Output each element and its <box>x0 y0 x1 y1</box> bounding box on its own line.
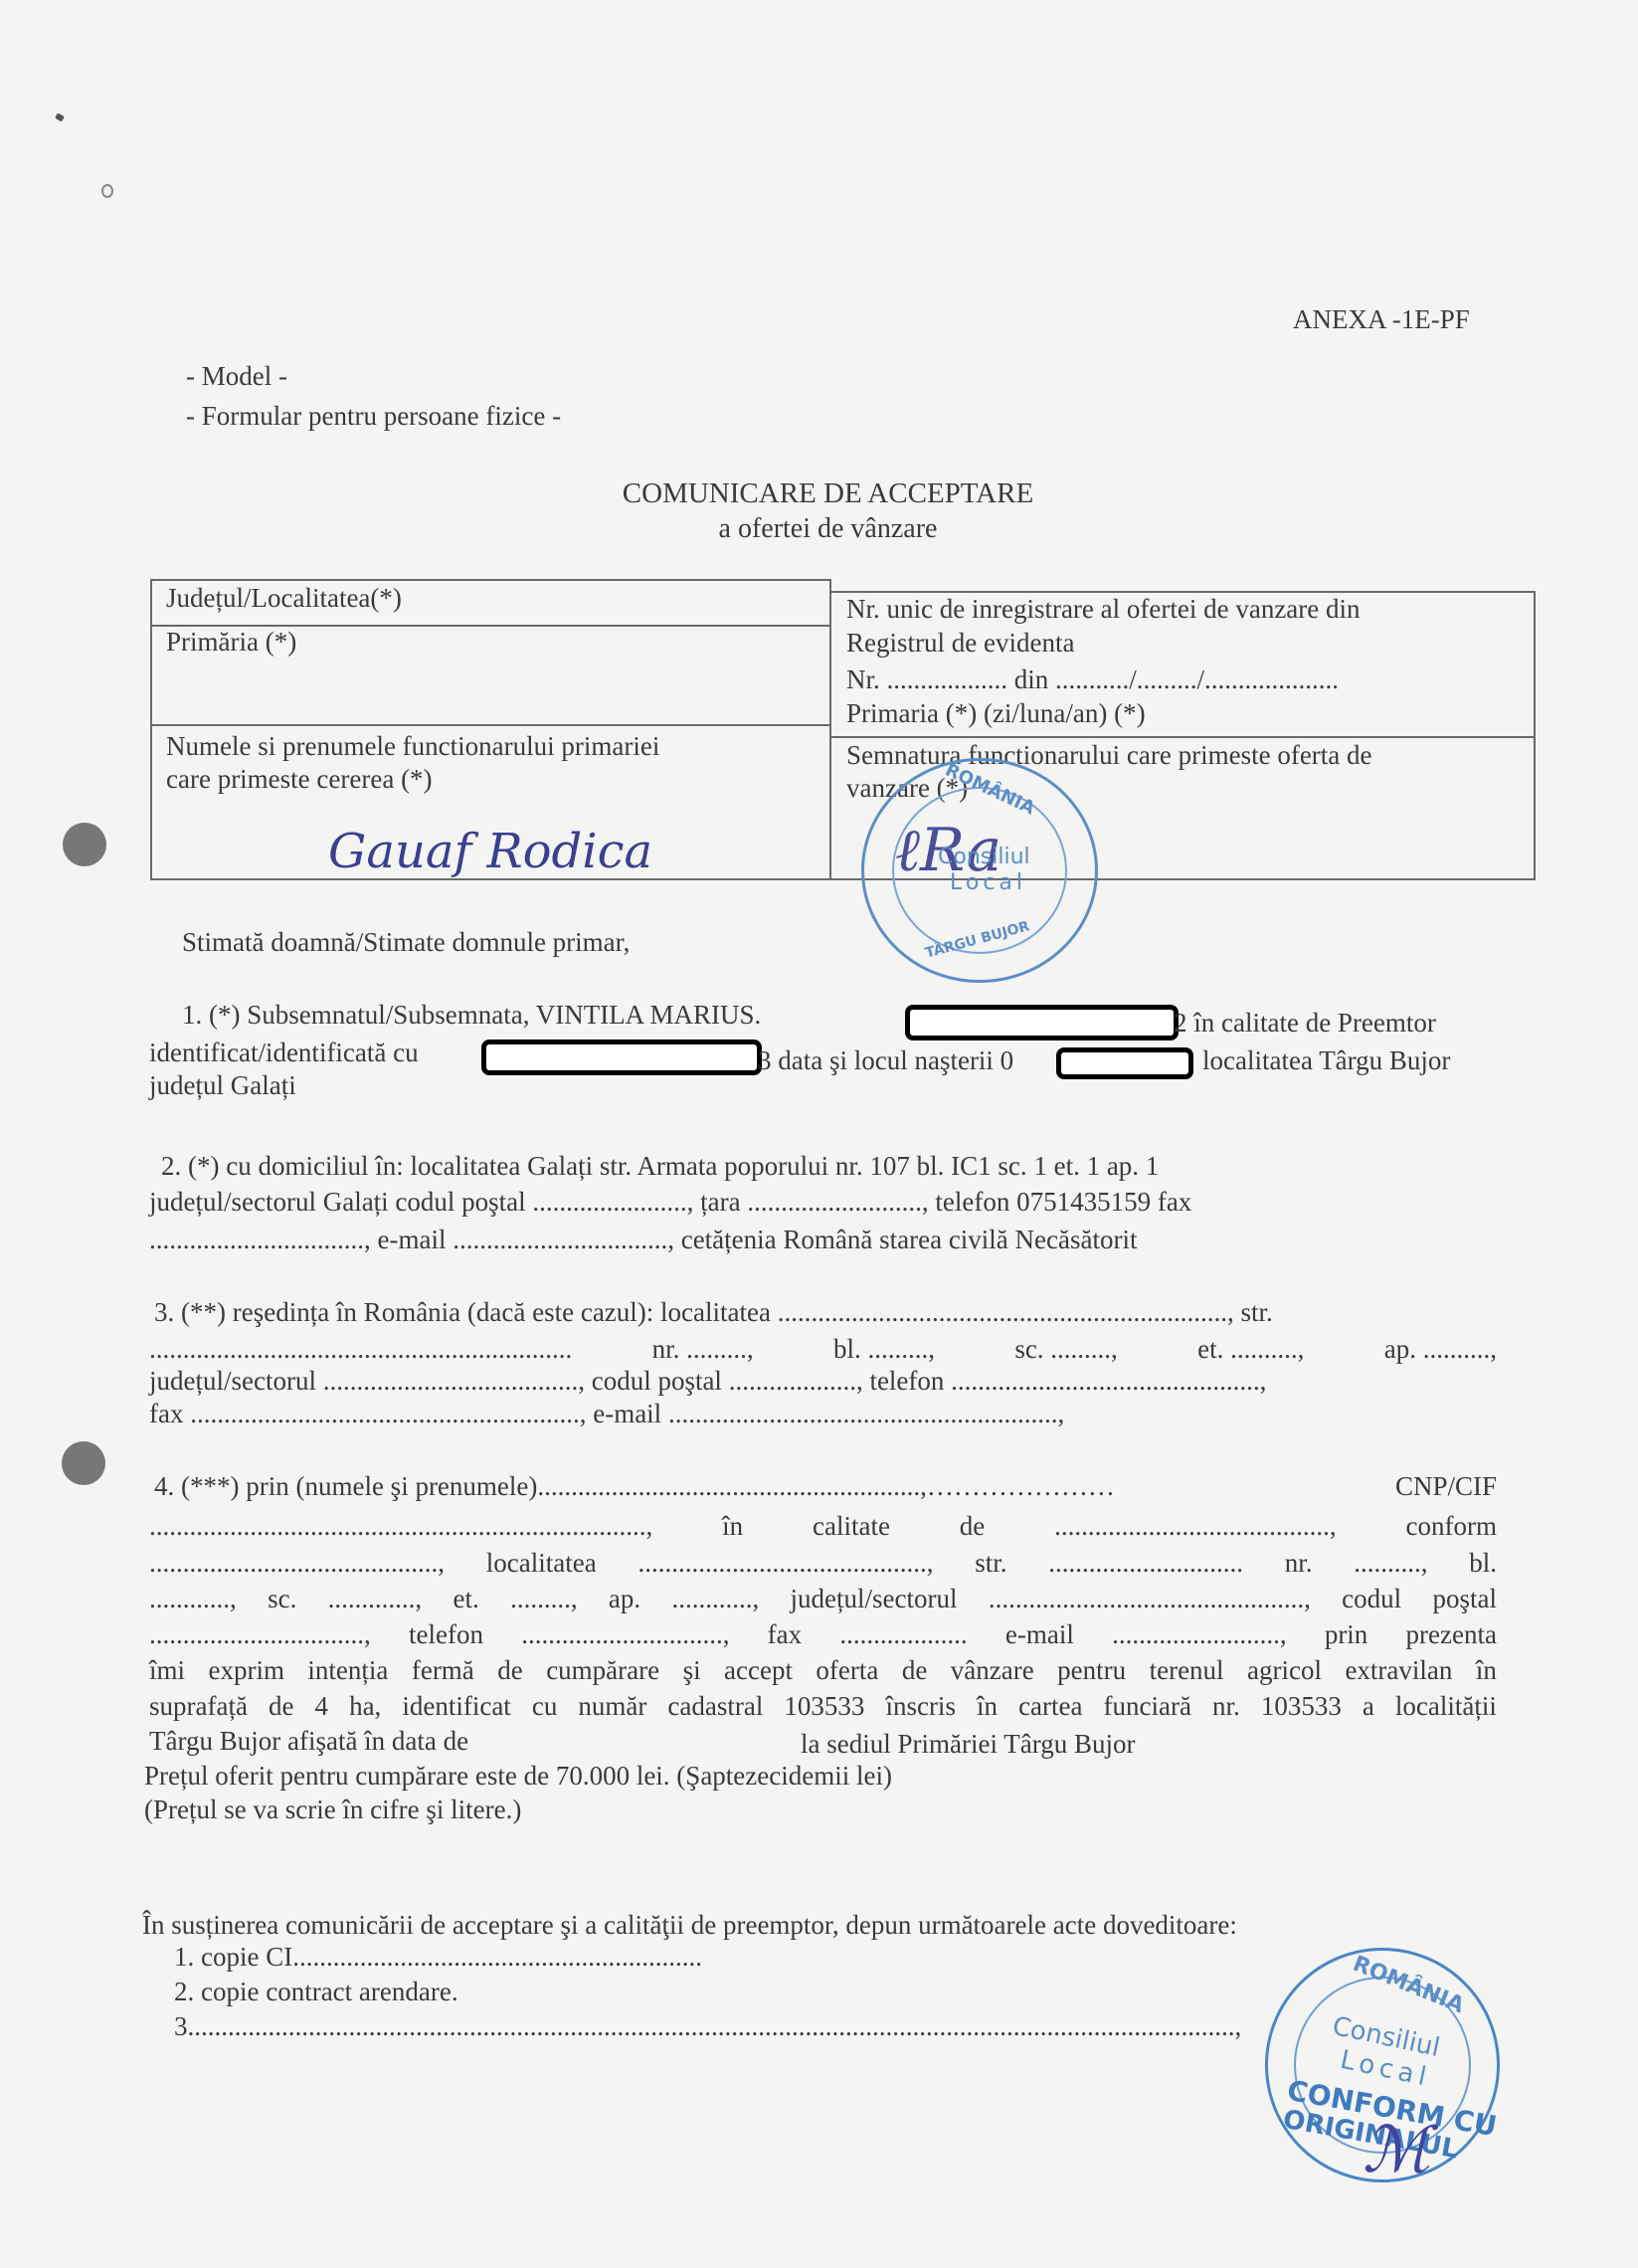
primaria-label: Primăria (*) <box>166 626 296 659</box>
greeting: Stimată doamnă/Stimate domnule primar, <box>182 925 630 959</box>
document-subtitle: a ofertei de vânzare <box>0 512 1638 546</box>
documents-intro: În susținerea comunicării de acceptare ş… <box>142 1908 1237 1942</box>
official-name-label-2: care primeste cererea (*) <box>166 763 433 796</box>
document-item-3: 3.......................................… <box>174 2009 1241 2043</box>
certification-signature: ℳ <box>1363 2114 1430 2187</box>
redacted-cnp <box>905 1005 1179 1040</box>
s1-line2-a: identificat/identificată cu <box>149 1036 419 1069</box>
s1-line2-b: 3 data şi locul naşterii 0 <box>758 1043 1013 1077</box>
redacted-id-document <box>481 1039 762 1075</box>
scan-speck <box>101 184 113 198</box>
document-item-1: 1. copie CI.............................… <box>174 1940 702 1974</box>
s1-line1-a: 1. (*) Subsemnatul/Subsemnata, VINTILA M… <box>182 998 761 1032</box>
s4-line4: ............,sc..............,et........… <box>149 1582 1497 1615</box>
s4-line7: suprafațăde4ha,identificatcunumărcadastr… <box>149 1689 1497 1723</box>
s4-line1: 4. (***) prin (numele şi prenumele).....… <box>154 1469 1497 1503</box>
price-note: (Prețul se va scrie în cifre şi litere.) <box>144 1793 521 1826</box>
s3-line4: fax ....................................… <box>149 1397 1064 1430</box>
s3-line1: 3. (**) reşedința în România (dacă este … <box>154 1295 1273 1329</box>
form-type-label: - Formular pentru persoane fizice - <box>186 399 561 433</box>
registration-line-4: Primaria (*) (zi/luna/an) (*) <box>846 697 1146 730</box>
scan-speck <box>55 112 65 121</box>
s2-line3: ................................, e-mail… <box>149 1223 1137 1256</box>
s2-line2: județul/sectorul Galați codul poştal ...… <box>149 1185 1191 1219</box>
offered-price: Prețul oferit pentru cumpărare este de 7… <box>144 1759 892 1793</box>
document-title: COMUNICARE DE ACCEPTARE <box>0 476 1638 510</box>
handwritten-official-name: Gauaf Rodica <box>328 824 652 879</box>
s4-line8-b: la sediul Primăriei Târgu Bujor <box>801 1727 1135 1761</box>
document-item-2: 2. copie contract arendare. <box>174 1975 458 2008</box>
redacted-birth-date <box>1056 1047 1193 1079</box>
model-label: - Model - <box>186 359 287 393</box>
registration-line-2: Registrul de evidenta <box>846 627 1074 660</box>
s1-line2-c: localitatea Târgu Bujor <box>1202 1043 1450 1077</box>
official-signature-label-1: Semnatura functionarului care primeste o… <box>846 739 1372 772</box>
official-stamp: ROMÂNIA Consiliul Local TÂRGU BUJOR <box>861 758 1098 983</box>
punch-hole <box>62 1441 105 1485</box>
s4-line3: ........................................… <box>149 1546 1497 1580</box>
s4-line5: ................................,telefon… <box>149 1617 1497 1651</box>
s4-line2: ........................................… <box>149 1509 1497 1543</box>
registration-line-1: Nr. unic de inregistrare al ofertei de v… <box>846 593 1361 626</box>
punch-hole <box>63 823 106 866</box>
s3-line2: ........................................… <box>149 1332 1497 1366</box>
s4-line6: îmiexprimintențiafermădecumpărareşiaccep… <box>149 1653 1497 1687</box>
s4-line8-a: Târgu Bujor afişată în data de <box>149 1724 468 1758</box>
s2-line1: 2. (*) cu domiciliul în: localitatea Gal… <box>161 1149 1159 1183</box>
s3-line3: județul/sectorul .......................… <box>149 1364 1266 1398</box>
s1-line3: județul Galați <box>149 1068 296 1102</box>
s1-line1-b: 2 în calitate de Preemtor <box>1174 1006 1436 1039</box>
registration-number-date-field[interactable]: Nr. .................. din .........../.… <box>846 663 1339 696</box>
annex-label: ANEXA -1E-PF <box>1293 302 1470 336</box>
judet-localitate-label: Județul/Localitatea(*) <box>166 582 402 615</box>
official-name-label-1: Numele si prenumele functionarului prima… <box>166 730 659 763</box>
